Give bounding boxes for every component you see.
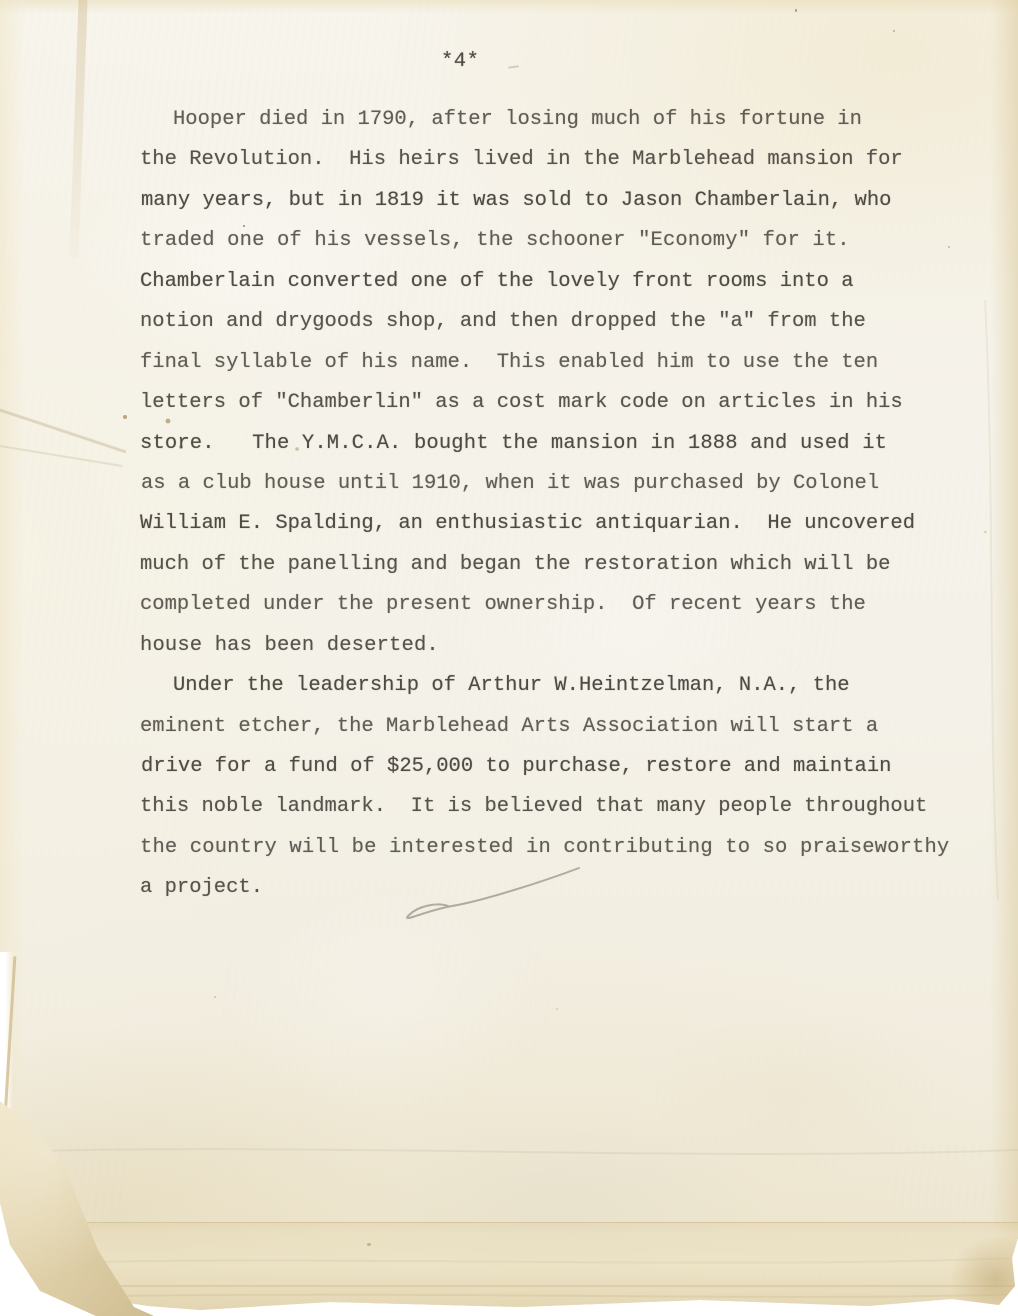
typewritten-line: this noble landmark. It is believed that…: [140, 787, 960, 827]
typewritten-line: store. The Y.M.C.A. bought the mansion i…: [140, 424, 960, 464]
paper-bottom-fold-band: [0, 1222, 1018, 1316]
paper-edge-right: [990, 0, 1018, 1316]
typewritten-line: letters of "Chamberlin" as a cost mark c…: [140, 383, 960, 423]
typewritten-line: a project.: [140, 868, 960, 908]
paper-edge-top: [0, 0, 1018, 14]
typewritten-line: as a club house until 1910, when it was …: [141, 464, 961, 504]
paper-speck: [367, 1243, 371, 1246]
paper-speck: [984, 531, 987, 533]
typewritten-line: notion and drygoods shop, and then dropp…: [140, 302, 960, 342]
typewritten-line: William E. Spalding, an enthusiastic ant…: [140, 504, 960, 544]
typewritten-line: many years, but in 1819 it was sold to J…: [141, 181, 961, 221]
paper-speck: [214, 996, 216, 998]
typewritten-text: Hooper died in 1790, after losing much o…: [140, 100, 960, 909]
scanned-page: *4* Hooper died in 1790, after losing mu…: [0, 0, 1018, 1316]
typewritten-line: house has been deserted.: [140, 626, 960, 666]
typewritten-line: drive for a fund of $25,000 to purchase,…: [141, 747, 961, 787]
paper-speck: [556, 1008, 558, 1010]
paper-speck: [243, 225, 245, 227]
typewritten-line: completed under the present ownership. O…: [140, 585, 960, 625]
page-number: *4*: [441, 50, 479, 73]
typewritten-line: final syllable of his name. This enabled…: [140, 343, 960, 383]
typewritten-line: the country will be interested in contri…: [140, 828, 960, 868]
paper-sheet: *4* Hooper died in 1790, after losing mu…: [0, 0, 1018, 1316]
smudge-mark: [508, 65, 519, 69]
paper-speck: [795, 9, 797, 12]
typewritten-line: Hooper died in 1790, after losing much o…: [140, 100, 960, 140]
typewritten-line: eminent etcher, the Marblehead Arts Asso…: [140, 707, 960, 747]
typewritten-line: traded one of his vessels, the schooner …: [140, 221, 960, 261]
typewritten-line: much of the panelling and began the rest…: [140, 545, 960, 585]
paper-crumple-bottom-right: [952, 1238, 1016, 1310]
paper-speck: [893, 30, 895, 32]
typewritten-line: Under the leadership of Arthur W.Heintze…: [140, 666, 960, 706]
typewritten-line: the Revolution. His heirs lived in the M…: [140, 140, 960, 180]
paper-crease-top-left: [70, 0, 88, 258]
paper-speck: [948, 246, 950, 248]
typewritten-line: Chamberlain converted one of the lovely …: [140, 262, 960, 302]
